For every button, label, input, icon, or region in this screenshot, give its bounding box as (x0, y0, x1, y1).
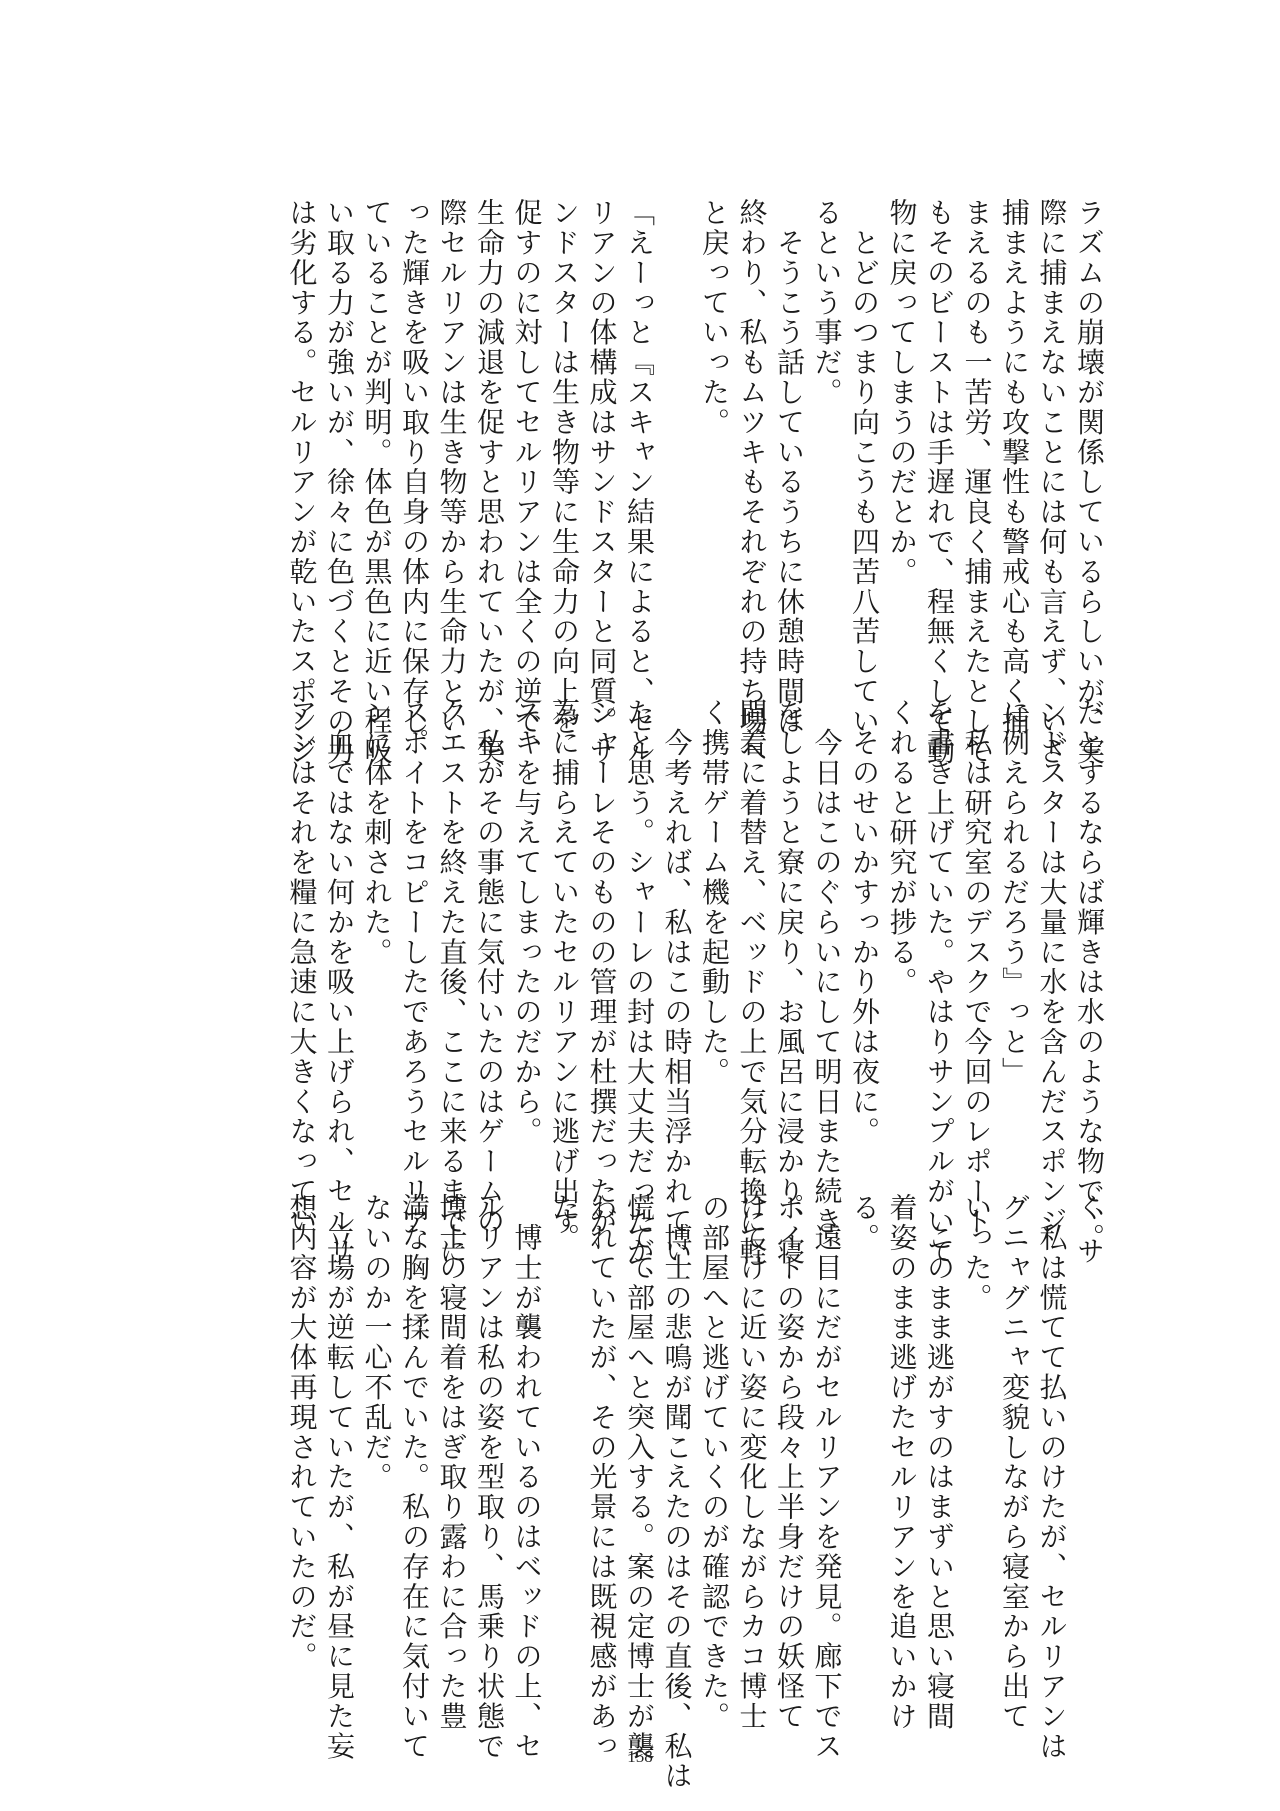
text-line: ンに体を刺された。 (358, 698, 396, 1218)
text-line: もそのビーストは手遅れで、程無くして動 (921, 198, 959, 718)
text-line: このまま逃がすのはまずいと思い寝間 (921, 1193, 959, 1713)
text-line: を書き上げていた。やはりサンプルがいて (921, 698, 959, 1218)
text-line: 遠目にだがセルリアンを発見。廊下でス (808, 1193, 846, 1713)
text-line: ンドスターは生き物等に生命力の向上を (546, 198, 584, 718)
text-line: アンはそれを糧に急速に大きくなってい (283, 698, 321, 1218)
text-line: 際セルリアンは生き物等から生命力とい (433, 198, 471, 718)
text-line: く。 (1071, 1193, 1109, 1713)
text-line: 博士の寝間着をはぎ取り露わに合った豊 (433, 1193, 471, 1713)
text-line: 「えーっと『スキャン結果によると、セル (621, 198, 659, 718)
text-line: 私がその事態に気付いたのはゲームの (471, 698, 509, 1218)
text-line: 今日はこのぐらいにして明日また続き (808, 698, 846, 1218)
text-line: るという事だ。 (808, 198, 846, 718)
text-line: 私は慌てて払いのけたが、セルリアンは (1033, 1193, 1071, 1713)
text-line: ルリアンは私の姿を型取り、馬乗り状態で (471, 1193, 509, 1713)
text-line: くれると研究が捗る。 (883, 698, 921, 1218)
text-line: と戻っていった。 (696, 198, 734, 718)
text-line: 生命力の減退を促すと思われていたが、実 (471, 198, 509, 718)
page-number: 158 (0, 1747, 1280, 1767)
text-line: は劣化する。セルリアンが乾いたスポンジ (283, 198, 321, 718)
text-line: とどのつまり向こうも四苦八苦してい (846, 198, 884, 718)
text-line: ンドスターは大量に水を含んだスポンジ (1033, 698, 1071, 1218)
text-line: 立場が逆転していたが、私が昼に見た妄 (321, 1193, 359, 1713)
text-line: 博士の悲鳴が聞こえたのはその直後、私は (658, 1193, 696, 1713)
text-line: リアンの体構成はサンドスターと同質。サ (583, 198, 621, 718)
text-line: そのせいかすっかり外は夜に。 (846, 698, 884, 1218)
text-block-middle: だとするならば輝きは水のような物で、サンドスターは大量に水を含んだスポンジに例え… (148, 698, 1108, 1218)
text-block-bottom: く。 私は慌てて払いのけたが、セルリアンはグニャグニャ変貌しながら寝室から出てい… (148, 1193, 1108, 1713)
text-line: シャーレそのものの管理が杜撰だったが (583, 698, 621, 1218)
text-line: った輝きを吸い取り自身の体内に保存し (396, 198, 434, 718)
text-line: 終わり、私もムツキもそれぞれの持ち場へ (733, 198, 771, 718)
text-line: ラズムの崩壊が関係しているらしいが、実 (1071, 198, 1109, 718)
text-line: 私は研究室のデスクで今回のレポート (958, 698, 996, 1218)
text-line: 満な胸を揉んでいた。私の存在に気付いて (396, 1193, 434, 1713)
text-line: 慌てて部屋へと突入する。案の定博士が襲 (621, 1193, 659, 1713)
text-line: グニャグニャ変貌しながら寝室から出て (996, 1193, 1034, 1713)
text-line: 博士が襲われているのはベッドの上、セ (508, 1193, 546, 1713)
text-line: い取る力が強いが、徐々に色づくとその力 (321, 198, 359, 718)
text-line: 捕まえようにも攻撃性も警戒心も高く捕 (996, 198, 1034, 718)
text-line: クエストを終えた直後、ここに来るまでに (433, 698, 471, 1218)
text-line: 想内容が大体再現されていたのだ。 (283, 1193, 321, 1713)
text-line: 血ではない何かを吸い上げられ、セルリ (321, 698, 359, 1218)
text-line: ポイトの姿から段々上半身だけの妖怪て (771, 1193, 809, 1713)
text-line: の部屋へと逃げていくのが確認できた。 (696, 1193, 734, 1713)
text-line: たと思う。シャーレの封は大丈夫だったが、 (621, 698, 659, 1218)
text-line: いった。 (958, 1193, 996, 1713)
text-line (658, 198, 696, 718)
text-line: だとするならば輝きは水のような物で、サ (1071, 698, 1109, 1218)
text-line: けてけに近い姿に変化しながらカコ博士 (733, 1193, 771, 1713)
text-line: 着姿のまま逃げたセルリアンを追いかけ (883, 1193, 921, 1713)
text-line: まえるのも一苦労、運良く捕まえたとして (958, 198, 996, 718)
text-line: る。 (846, 1193, 884, 1713)
text-line: ないのか一心不乱だ。 (358, 1193, 396, 1713)
text-line: 間着に着替え、ベッドの上で気分転換に軽 (733, 698, 771, 1218)
text-block-top: ラズムの崩壊が関係しているらしいが、実際に捕まえないことには何も言えず、いざ捕ま… (148, 198, 1108, 718)
text-line: く携帯ゲーム機を起動した。 (696, 698, 734, 1218)
text-line: スポイトをコピーしたであろうセルリア (396, 698, 434, 1218)
text-line: に例えられるだろう』っと」 (996, 698, 1034, 1218)
text-line: た。 (546, 1193, 584, 1713)
book-page: ラズムの崩壊が関係しているらしいが、実際に捕まえないことには何も言えず、いざ捕ま… (0, 0, 1280, 1811)
text-line: われていたが、その光景には既視感があっ (583, 1193, 621, 1713)
text-line: 際に捕まえないことには何も言えず、いざ (1033, 198, 1071, 718)
text-line: 今考えれば、私はこの時相当浮かれてい (658, 698, 696, 1218)
text-line: をしようと寮に戻り、お風呂に浸かり、寝 (771, 698, 809, 1218)
text-line: そうこう話しているうちに休憩時間は (771, 198, 809, 718)
text-line: 物に戻ってしまうのだとか。 (883, 198, 921, 718)
text-line: スキを与えてしまったのだから。 (508, 698, 546, 1218)
text-line: 為に捕らえていたセルリアンに逃げ出す (546, 698, 584, 1218)
text-line: 促すのに対してセルリアンは全くの逆で、 (508, 198, 546, 718)
text-line: ていることが判明。体色が黒色に近い程吸 (358, 198, 396, 718)
